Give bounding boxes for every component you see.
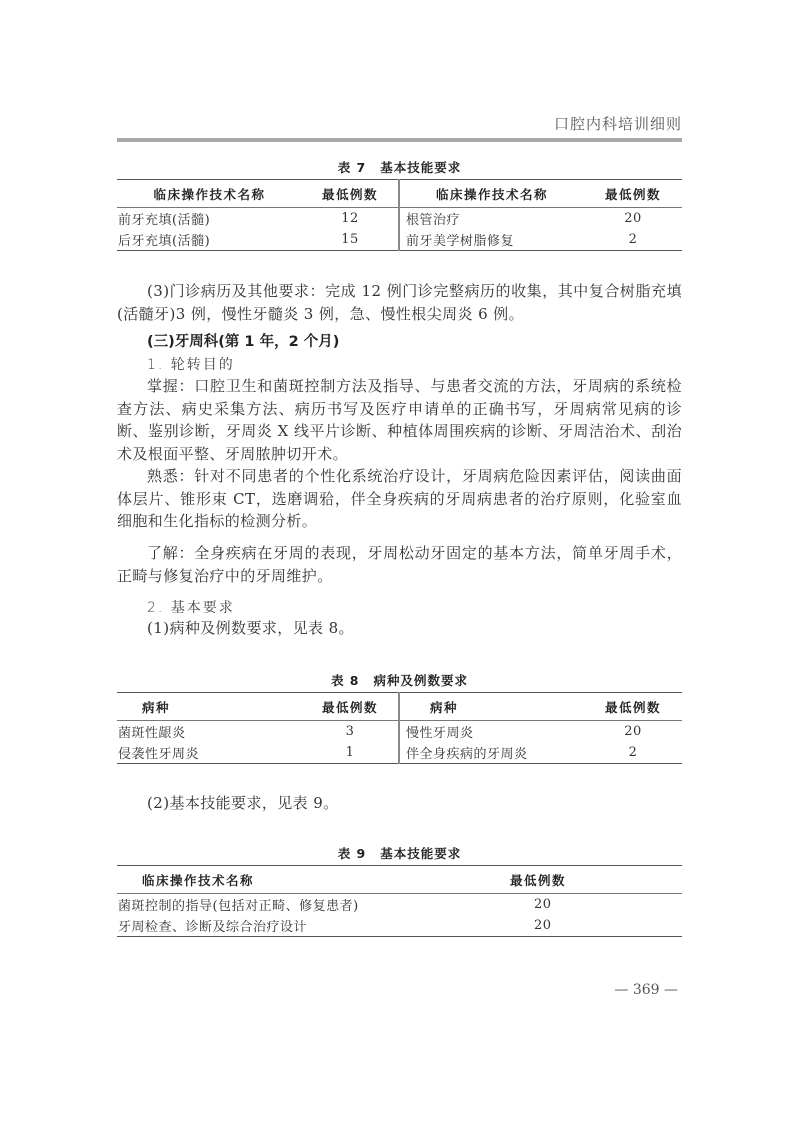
header-rule — [117, 138, 682, 142]
paragraph-understand: 了解：全身疾病在牙周的表现，牙周松动牙固定的基本方法，简单牙周手术，正畸与修复治… — [117, 542, 682, 587]
column-header: 最低例数 — [302, 180, 399, 208]
column-header: 临床操作技术名称 — [117, 866, 417, 894]
table-cell: 3 — [302, 721, 399, 743]
column-header: 临床操作技术名称 — [399, 180, 584, 208]
paragraph-line: (3)门诊病历及其他要求：完成 12 例门诊完整病历的收集，其中复合树脂充 — [147, 282, 667, 300]
column-header: 最低例数 — [584, 180, 682, 208]
table8-caption: 表 8病种及例数要求 — [117, 671, 682, 689]
column-header: 最低例数 — [302, 693, 399, 721]
table9: 临床操作技术名称 最低例数 菌斑控制的指导(包括对正畸、修复患者) 20 牙周检… — [117, 865, 682, 937]
column-header: 最低例数 — [584, 693, 682, 721]
table7-caption-number: 表 7 — [338, 160, 367, 175]
table8-caption-number: 表 8 — [331, 673, 360, 688]
table8: 病种 最低例数 病种 最低例数 菌斑性龈炎 3 慢性牙周炎 20 侵袭性牙周炎 … — [117, 692, 682, 764]
table-row: 菌斑性龈炎 3 慢性牙周炎 20 — [117, 721, 682, 743]
table-cell: 20 — [417, 894, 682, 916]
table7: 临床操作技术名称 最低例数 临床操作技术名称 最低例数 前牙充填(活髓) 12 … — [117, 179, 682, 251]
column-header: 临床操作技术名称 — [117, 180, 302, 208]
table-cell: 2 — [584, 742, 682, 764]
table-cell: 侵袭性牙周炎 — [117, 742, 302, 764]
table7-caption-title: 基本技能要求 — [380, 160, 461, 175]
table-cell: 20 — [584, 721, 682, 743]
table-row: 牙周检查、诊断及综合治疗设计 20 — [117, 915, 682, 937]
table-cell: 2 — [584, 229, 682, 251]
table-cell: 12 — [302, 208, 399, 230]
paragraph-item1: (1)病种及例数要求，见表 8。 — [117, 617, 682, 640]
table-cell: 15 — [302, 229, 399, 251]
table-header-row: 病种 最低例数 病种 最低例数 — [117, 693, 682, 721]
table-cell: 菌斑控制的指导(包括对正畸、修复患者) — [117, 894, 417, 916]
table-row: 后牙充填(活髓) 15 前牙美学树脂修复 2 — [117, 229, 682, 251]
table-row: 前牙充填(活髓) 12 根管治疗 20 — [117, 208, 682, 230]
table-cell: 前牙充填(活髓) — [117, 208, 302, 230]
column-header: 最低例数 — [417, 866, 682, 894]
table9-caption-number: 表 9 — [338, 846, 367, 861]
table7-caption: 表 7基本技能要求 — [117, 158, 682, 176]
subsection-heading: 2. 基本要求 — [147, 597, 235, 617]
subsection-heading: 1. 轮转目的 — [147, 354, 235, 374]
table-row: 菌斑控制的指导(包括对正畸、修复患者) 20 — [117, 894, 682, 916]
table-cell: 20 — [584, 208, 682, 230]
table-cell: 根管治疗 — [399, 208, 584, 230]
page-number: — 369 — — [614, 982, 678, 998]
paragraph-familiar: 熟悉：针对不同患者的个性化系统治疗设计，牙周病危险因素评估，阅读曲面体层片、锥形… — [117, 465, 682, 533]
paragraph-outpatient: (3)门诊病历及其他要求：完成 12 例门诊完整病历的收集，其中复合树脂充填(活… — [117, 280, 682, 325]
table-cell: 1 — [302, 742, 399, 764]
table-header-row: 临床操作技术名称 最低例数 临床操作技术名称 最低例数 — [117, 180, 682, 208]
table-cell: 菌斑性龈炎 — [117, 721, 302, 743]
table-cell: 后牙充填(活髓) — [117, 229, 302, 251]
paragraph-master: 掌握：口腔卫生和菌斑控制方法及指导、与患者交流的方法，牙周病的系统检查方法、病史… — [117, 375, 682, 465]
running-head-title: 口腔内科培训细则 — [554, 113, 682, 134]
table9-caption-title: 基本技能要求 — [380, 846, 461, 861]
table-row: 侵袭性牙周炎 1 伴全身疾病的牙周炎 2 — [117, 742, 682, 764]
table-cell: 前牙美学树脂修复 — [399, 229, 584, 251]
paragraph-item2: (2)基本技能要求，见表 9。 — [117, 792, 682, 815]
table-cell: 慢性牙周炎 — [399, 721, 584, 743]
column-header: 病种 — [399, 693, 584, 721]
table8-caption-title: 病种及例数要求 — [374, 673, 469, 688]
table-cell: 牙周检查、诊断及综合治疗设计 — [117, 915, 417, 937]
column-header: 病种 — [117, 693, 302, 721]
table-header-row: 临床操作技术名称 最低例数 — [117, 866, 682, 894]
table9-caption: 表 9基本技能要求 — [117, 844, 682, 862]
table-cell: 20 — [417, 915, 682, 937]
table-cell: 伴全身疾病的牙周炎 — [399, 742, 584, 764]
section-heading: (三)牙周科(第 1 年，2 个月) — [147, 330, 339, 351]
